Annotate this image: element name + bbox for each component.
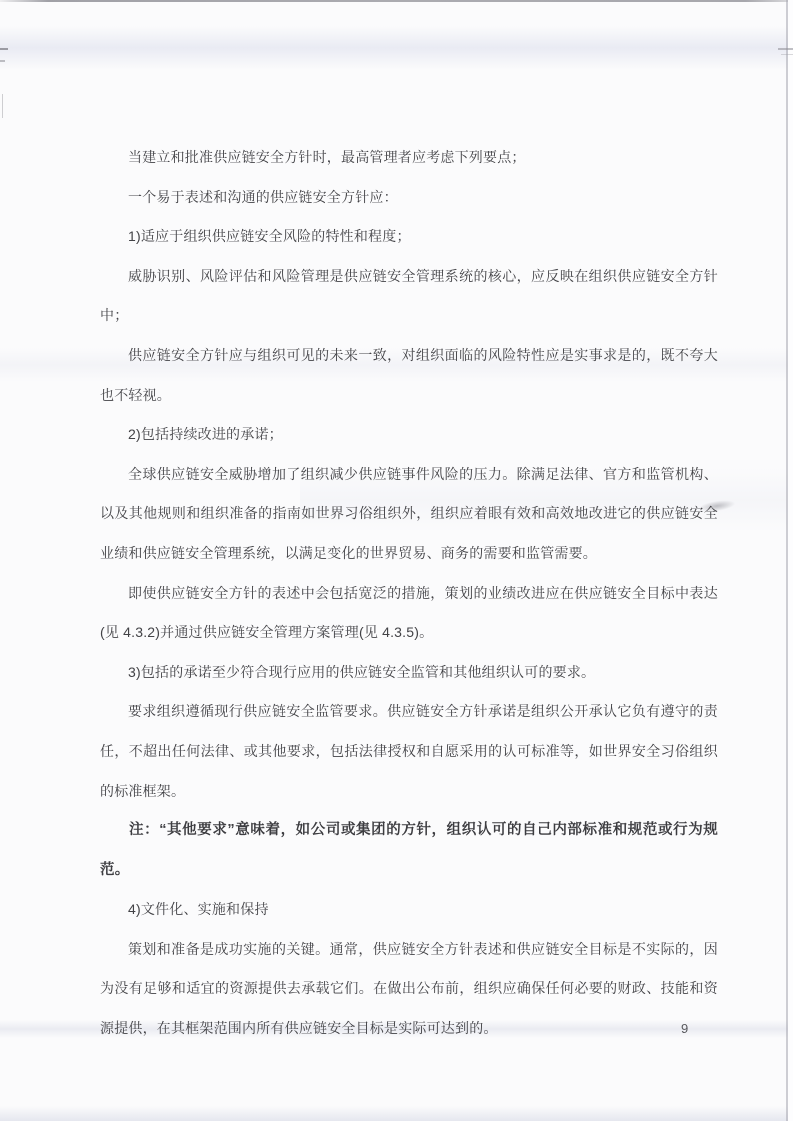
document-body: 当建立和批准供应链安全方针时，最高管理者应考虑下列要点； 一个易于表述和沟通的供… [100,138,718,1049]
paragraph-intro: 当建立和批准供应链安全方针时，最高管理者应考虑下列要点； [100,138,718,178]
scan-page-edge-line [786,0,788,1121]
paragraph-compliance: 要求组织遵循现行供应链安全监管要求。供应链安全方针承诺是组织公开承认它负有遵守的… [100,692,718,811]
scan-left-edge-mark [0,48,8,50]
scan-right-edge-mark [778,48,793,50]
scan-page-edge-strip [788,0,793,1121]
paragraph-item-2: 2)包括持续改进的承诺； [100,415,718,455]
paragraph-item-4: 4)文件化、实施和保持 [100,890,718,930]
paragraph-global-threats: 全球供应链安全威胁增加了组织减少供应链事件风险的压力。除满足法律、官方和监管机构… [100,455,718,574]
scan-band-footer [0,1106,793,1121]
scan-band-top [0,26,793,70]
scan-right-edge-mark [781,54,793,55]
paragraph-item-3: 3)包括的承诺至少符合现行应用的供应链安全监管和其他组织认可的要求。 [100,653,718,693]
paragraph-policy-lead: 一个易于表述和沟通的供应链安全方针应： [100,178,718,218]
page-number: 9 [681,1021,688,1036]
scan-top-edge-line [0,0,793,2]
paragraph-policy-future: 供应链安全方针应与组织可见的未来一致，对组织面临的风险特性应是实事求是的，既不夸… [100,336,718,415]
document-page: 当建立和批准供应链安全方针时，最高管理者应考虑下列要点； 一个易于表述和沟通的供… [0,0,793,1121]
scan-left-edge-mark [2,94,3,118]
paragraph-threat-id: 威胁识别、风险评估和风险管理是供应链安全管理系统的核心，应反映在组织供应链安全方… [100,257,718,336]
scan-left-edge-mark [0,60,5,62]
paragraph-planning: 策划和准备是成功实施的关键。通常，供应链安全方针表述和供应链安全目标是不实际的，… [100,930,718,1049]
paragraph-note: 注：“其他要求”意味着，如公司或集团的方针，组织认可的自己内部标准和规范或行为规… [100,811,718,890]
paragraph-policy-measures: 即使供应链安全方针的表述中会包括宽泛的措施，策划的业绩改进应在供应链安全目标中表… [100,574,718,653]
paragraph-item-1: 1)适应于组织供应链安全风险的特性和程度； [100,217,718,257]
